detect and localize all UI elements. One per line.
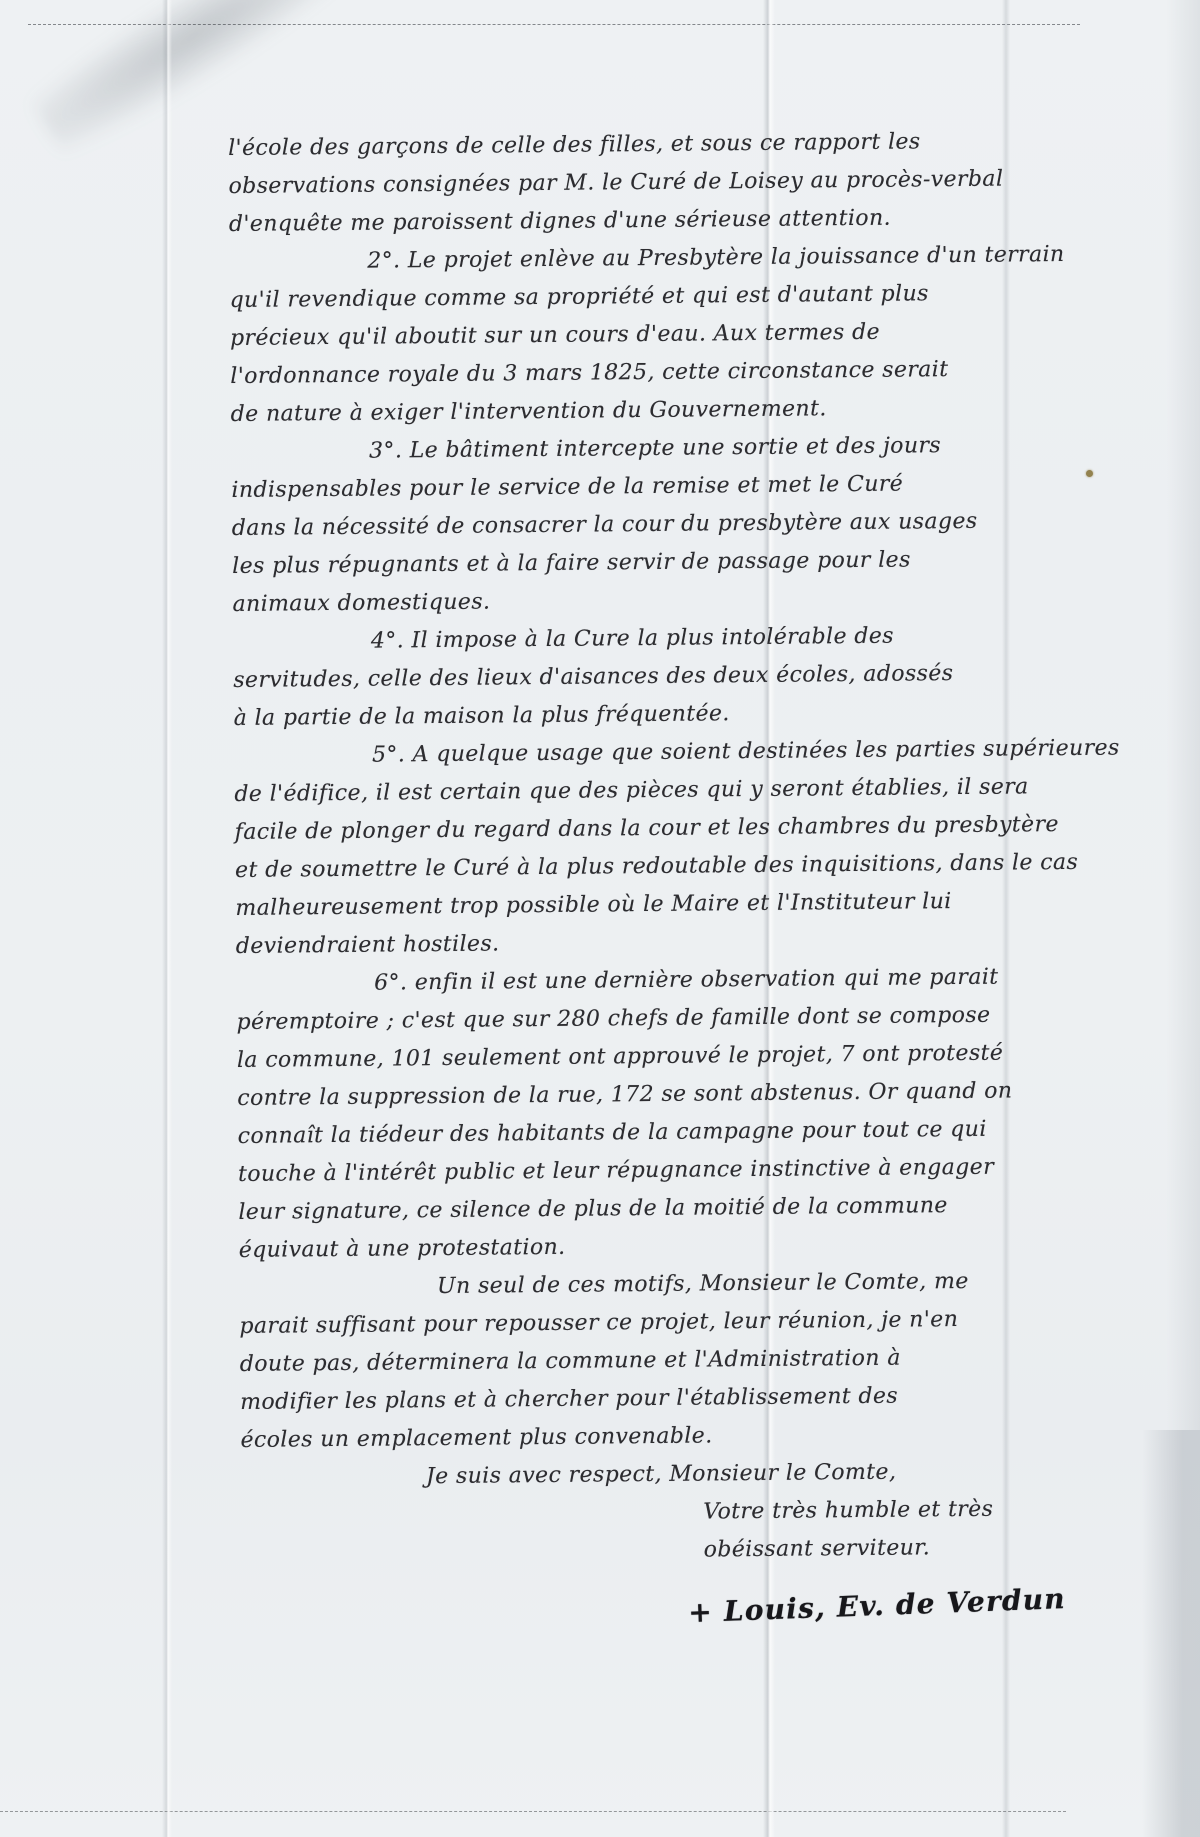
paper-top-edge-line	[28, 24, 1080, 25]
letter-line: modifier les plans et à chercher pour l'…	[240, 1377, 1010, 1422]
letter-body: l'école des garçons de celle des filles,…	[228, 123, 1012, 1632]
letter-line: Votre très humble et très	[703, 1491, 1011, 1532]
right-edge-shadow	[1166, 0, 1200, 1430]
signature-line: + Louis, Ev. de Verdun	[688, 1582, 1013, 1632]
ink-speck	[1086, 470, 1093, 477]
letter-line: servitudes, celle des lieux d'aisances d…	[233, 655, 1003, 700]
right-bottom-fold-shadow	[1142, 1430, 1200, 1837]
letter-line: leur signature, ce silence de plus de la…	[238, 1187, 1008, 1232]
letter-line: qu'il revendique comme sa propriété et q…	[229, 275, 999, 320]
letter-page: l'école des garçons de celle des filles,…	[0, 0, 1200, 1837]
fold-crease-left	[162, 0, 172, 1837]
letter-line: malheureusement trop possible où le Mair…	[235, 883, 1005, 928]
letter-line: les plus répugnants et à la faire servir…	[232, 541, 1002, 586]
letter-line: obéissant serviteur.	[703, 1529, 1011, 1570]
letter-line: l'ordonnance royale du 3 mars 1825, cett…	[230, 351, 1000, 396]
paper-bottom-edge-line	[0, 1811, 1066, 1812]
